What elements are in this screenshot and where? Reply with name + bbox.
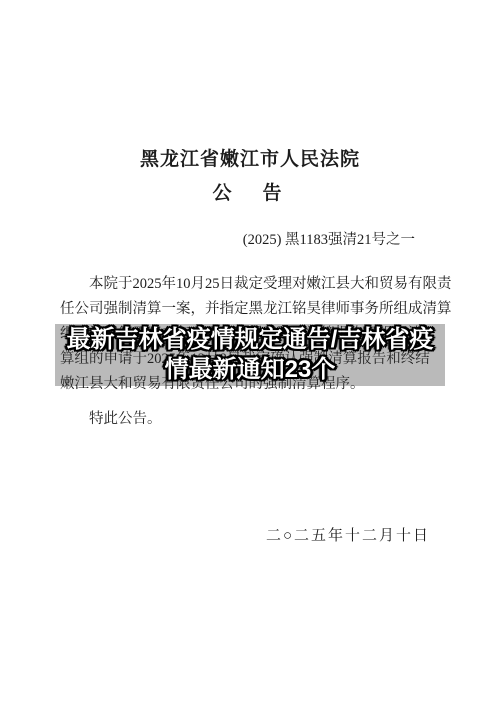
- announcement-page: 黑龙江省嫩江市人民法院 公 告 (2025) 黑1183强清21号之一 本院于2…: [0, 0, 500, 707]
- closing-line: 特此公告。: [60, 407, 445, 432]
- overlay-title-line1: 最新吉林省疫情规定通告/吉林省疫: [67, 325, 434, 355]
- issue-date: 二○二五年十二月十日: [0, 524, 430, 545]
- body-line-1: 本院于2025年10月25日裁定受理对嫩江县大和贸易有限责: [60, 272, 445, 297]
- overlay-title-line2: 情最新通知23个: [165, 355, 336, 385]
- overlay-banner: 最新吉林省疫情规定通告/吉林省疫 情最新通知23个: [55, 324, 445, 386]
- announcement-heading: 公 告: [0, 178, 500, 205]
- court-title: 黑龙江省嫩江市人民法院: [0, 144, 500, 171]
- case-number: (2025) 黑1183强清21号之一: [0, 228, 415, 249]
- body-line-2: 任公司强制清算一案，并指定黑龙江铭昊律师事务所组成清算: [60, 297, 445, 322]
